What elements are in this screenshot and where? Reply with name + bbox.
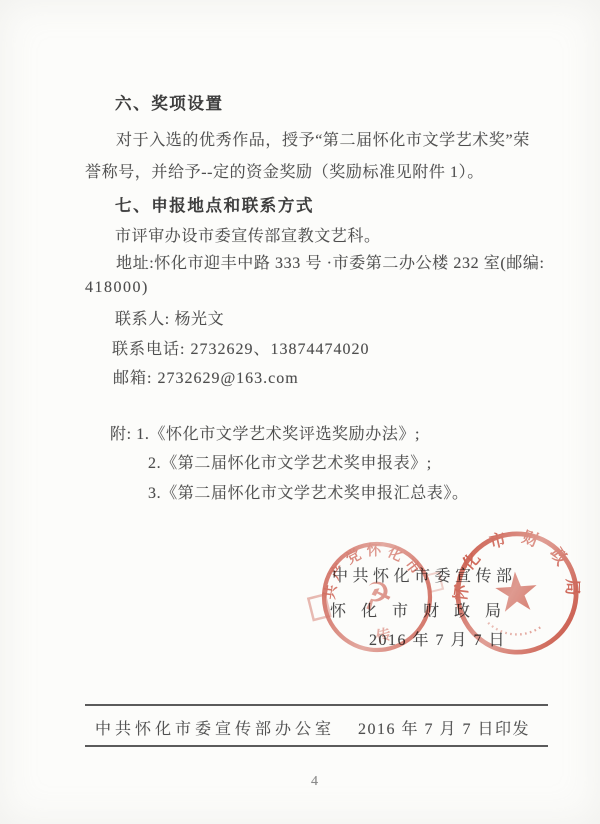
- section-six-body-line-2: 誉称号，并给予--定的资金奖励（奖励标准见附件 1）。: [85, 159, 484, 182]
- address-line-2-postcode: 418000): [85, 279, 149, 297]
- hammer-sickle-icon: ☭: [356, 573, 397, 621]
- footer-rule-bottom: [85, 745, 548, 747]
- page-number: 4: [311, 774, 318, 790]
- section-six-heading: 六、奖项设置: [115, 90, 224, 114]
- contact-person-line: 联系人: 杨光文: [115, 306, 224, 329]
- contact-email-line: 邮箱: 2732629@163.com: [113, 365, 299, 388]
- footer-print-date: 2016 年 7 月 7 日印发: [358, 716, 530, 739]
- star-icon: ★: [490, 559, 543, 625]
- section-seven-heading: 七、申报地点和联系方式: [115, 192, 314, 216]
- footer-issuing-office: 中共怀化市委宣传部办公室: [95, 716, 335, 739]
- contact-phone-line: 联系电话: 2732629、13874474020: [112, 336, 369, 359]
- review-office-line: 市评审办设市委宣传部宣教文艺科。: [115, 223, 381, 246]
- seal-ink-smudge: [308, 595, 330, 620]
- attachment-item-2: 2.《第二届怀化市文学艺术奖申报表》;: [148, 450, 432, 473]
- address-line-1: 地址:怀化市迎丰中路 333 号 ·市委第二办公楼 232 室(邮编:: [116, 250, 545, 273]
- attachment-item-1: 附: 1.《怀化市文学艺术奖评选奖励办法》;: [110, 421, 420, 444]
- attachment-item-3: 3.《第二届怀化市文学艺术奖申报汇总表》。: [148, 480, 469, 503]
- section-six-body-line-1: 对于入选的优秀作品，授予“第二届怀化市文学艺术奖”荣: [116, 127, 530, 150]
- document-page: 六、奖项设置 对于入选的优秀作品，授予“第二届怀化市文学艺术奖”荣 誉称号，并给…: [0, 0, 600, 824]
- finance-seal: 怀化市财政局 ★: [428, 504, 600, 681]
- footer-rule-top: [85, 704, 548, 706]
